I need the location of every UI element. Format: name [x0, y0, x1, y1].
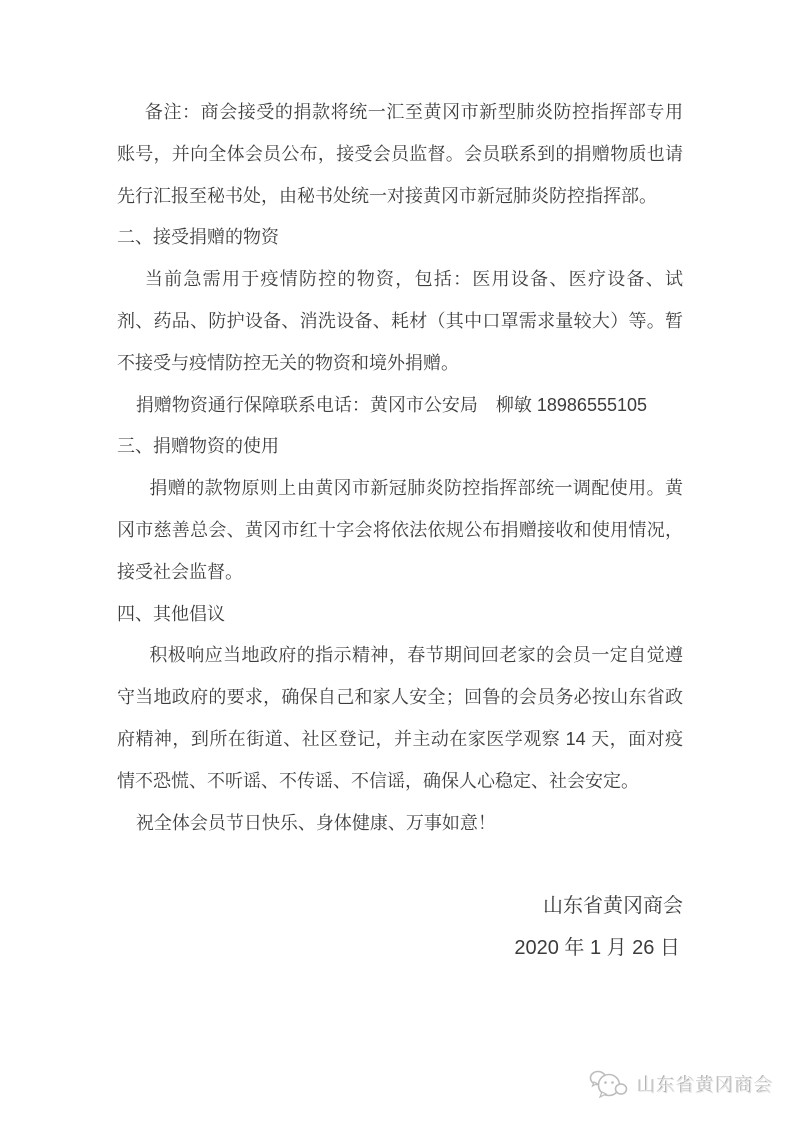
section-4-heading: 四、其他倡议 — [117, 594, 683, 636]
section-2-heading: 二、接受捐赠的物资 — [117, 217, 683, 259]
account-name: 山东省黄冈商会 — [637, 1072, 774, 1098]
document-page: 备注：商会接受的捐款将统一汇至黄冈市新型肺炎防控指挥部专用账号，并向全体会员公布… — [0, 0, 794, 1123]
closing-wishes: 祝全体会员节日快乐、身体健康、万事如意！ — [117, 803, 683, 845]
section-4-body: 积极响应当地政府的指示精神，春节期间回老家的会员一定自觉遵守当地政府的要求，确保… — [117, 635, 683, 802]
section-3-body: 捐赠的款物原则上由黄冈市新冠肺炎防控指挥部统一调配使用。黄冈市慈善总会、黄冈市红… — [117, 468, 683, 593]
signature-date: 2020 年 1 月 26 日 — [117, 928, 683, 970]
account-watermark: 山东省黄冈商会 — [588, 1069, 774, 1101]
section-2-body: 当前急需用于疫情防控的物资，包括：医用设备、医疗设备、试剂、药品、防护设备、消洗… — [117, 259, 683, 384]
section-3-heading: 三、捐赠物资的使用 — [117, 426, 683, 468]
document-body: 备注：商会接受的捐款将统一汇至黄冈市新型肺炎防控指挥部专用账号，并向全体会员公布… — [117, 0, 683, 970]
signature-org: 山东省黄冈商会 — [117, 886, 683, 928]
wechat-logo-icon — [588, 1069, 628, 1101]
section-2-phone-line: 捐赠物资通行保障联系电话：黄冈市公安局 柳敏 18986555105 — [117, 385, 683, 427]
paragraph-remark: 备注：商会接受的捐款将统一汇至黄冈市新型肺炎防控指挥部专用账号，并向全体会员公布… — [117, 92, 683, 217]
